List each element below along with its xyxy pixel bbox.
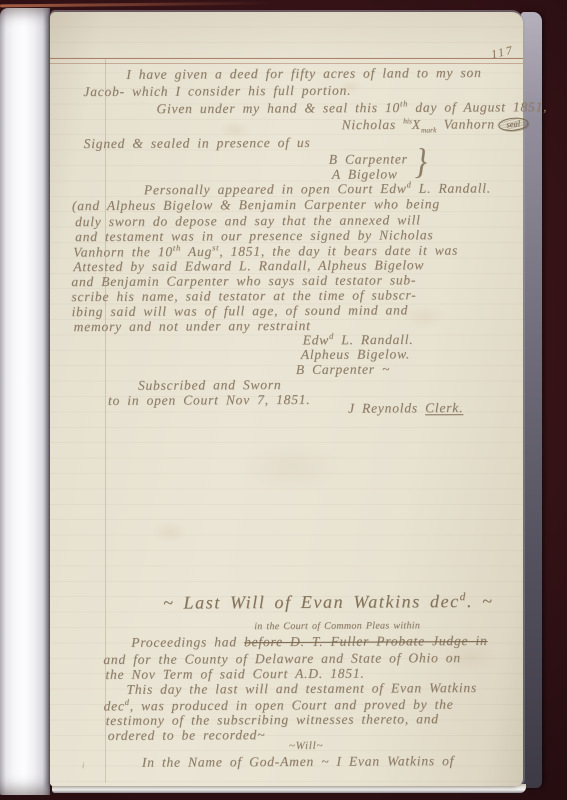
clerk-signature: J Reynolds Clerk. bbox=[348, 401, 463, 415]
probate-paragraph-line: memory and not under any restraint bbox=[74, 319, 311, 334]
will-opening-line: In the Name of God-Amen ~ I Evan Watkins… bbox=[142, 754, 454, 769]
testimonium-line: Given under my hand & seal this 10th day… bbox=[156, 100, 547, 116]
testator-signature: Nicholas hisXmark Vanhornseal bbox=[342, 117, 529, 135]
proceedings-line: testimony of the subscribing witnesses t… bbox=[106, 712, 439, 727]
proceedings-line: Proceedings had before D. T. Fuller Prob… bbox=[131, 634, 487, 649]
jurat-line: to in open Court Nov 7, 1851. bbox=[108, 393, 311, 408]
probate-paragraph-line: (and Alpheus Bigelow & Benjamin Carpente… bbox=[72, 197, 440, 212]
deponent-signature: Edwd L. Randall. bbox=[303, 332, 414, 347]
proceedings-line: and for the County of Delaware and State… bbox=[103, 651, 461, 666]
deponent-signature: Alpheus Bigelow. bbox=[301, 347, 410, 361]
margin-mark: i bbox=[82, 761, 85, 770]
witness-brace: } bbox=[415, 144, 428, 180]
attestation-line: Signed & sealed in presence of us bbox=[84, 136, 311, 151]
probate-paragraph-line: and testament was in our presence signed… bbox=[75, 228, 433, 243]
jurat-line: Subscribed and Sworn bbox=[138, 378, 282, 392]
probate-paragraph-line: ibing said will was of full age, of soun… bbox=[72, 303, 409, 318]
proceedings-line: This day the last will and testament of … bbox=[126, 681, 477, 696]
witness-signature: A Bigelow bbox=[332, 167, 398, 181]
book-cover-edge bbox=[0, 2, 270, 8]
probate-paragraph-line: and Benjamin Carpenter who says said tes… bbox=[71, 273, 416, 288]
manuscript-text: I have given a deed for fifty acres of l… bbox=[48, 11, 525, 787]
photo-background: 117 I have given a deed for fifty acres … bbox=[0, 0, 567, 800]
will-residue-line: I have given a deed for fifty acres of l… bbox=[126, 66, 481, 81]
witness-signature: B Carpenter bbox=[329, 152, 408, 166]
interlined-insertion: in the Court of Common Pleas within bbox=[254, 621, 420, 632]
proceedings-line: the Nov Term of said Court A.D. 1851. bbox=[105, 667, 364, 682]
section-heading: ~ Last Will of Evan Watkins decd. ~ bbox=[163, 592, 493, 612]
manuscript-page: 117 I have given a deed for fifty acres … bbox=[50, 12, 523, 786]
book-page-edges-left bbox=[0, 8, 50, 795]
deponent-signature: B Carpenter ~ bbox=[296, 362, 390, 376]
will-subheading: ~Will~ bbox=[289, 741, 323, 752]
will-residue-line: Jacob- which I consider his full portion… bbox=[83, 84, 351, 99]
probate-paragraph-line: Attested by said Edward L. Randall, Alph… bbox=[73, 258, 424, 273]
probate-paragraph-line: scribe his name, said testator at the ti… bbox=[71, 288, 416, 303]
proceedings-line: ordered to be recorded~ bbox=[108, 728, 266, 742]
probate-paragraph-line: duly sworn do depose and say that the an… bbox=[75, 213, 421, 228]
probate-paragraph-line: Personally appeared in open Court Edwd L… bbox=[144, 181, 491, 197]
